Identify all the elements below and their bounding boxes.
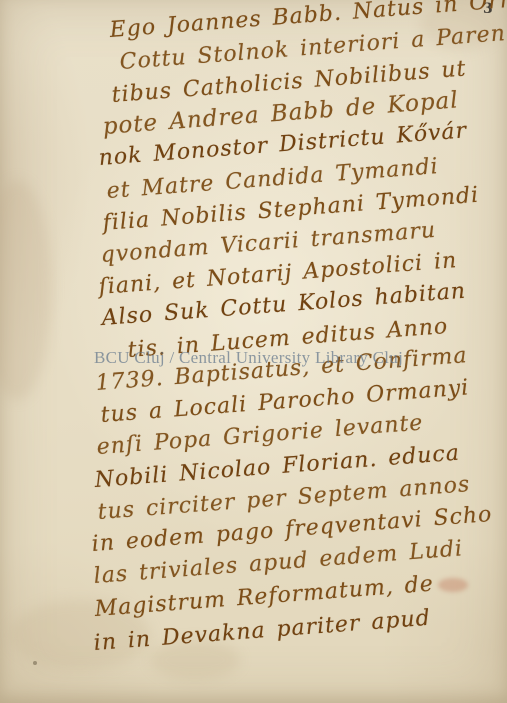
library-watermark: BCU Cluj / Central University Library Cl… xyxy=(94,348,403,368)
manuscript-page: 3 Ego Joannes Babb. Natus in Ormány Cott… xyxy=(0,0,507,703)
